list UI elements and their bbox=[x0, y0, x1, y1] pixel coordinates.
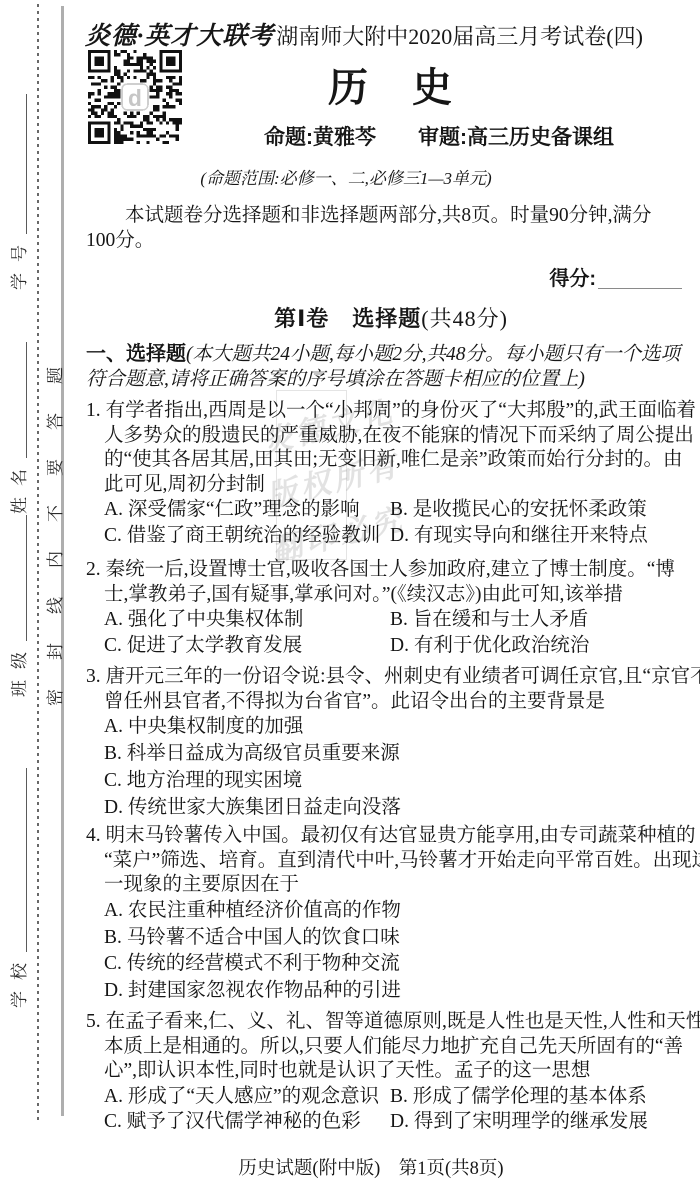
intro-line-1: 本试题卷分选择题和非选择题两部分,共8页。时量90分钟,满分 bbox=[86, 203, 698, 228]
option-d: D. 封建国家忽视农作物品种的引进 bbox=[104, 978, 700, 1005]
exam-paper-page: 学号 姓名 班级 学校 密封线内不要答题 炎德文化 版权所有 翻印必究 炎德·英… bbox=[0, 0, 700, 1190]
question-5: 5.在孟子看来,仁、义、礼、智等道德原则,既是人性也是天性,人性和天性在 本质上… bbox=[86, 1010, 700, 1135]
option-c: C. 赋予了汉代儒学神秘的色彩 bbox=[104, 1109, 390, 1134]
question-3: 3.唐开元三年的一份诏令说:县令、州刺史有业绩者可调任京官,且“京官不 曾任州县… bbox=[86, 665, 700, 821]
class-label: 班级 bbox=[5, 641, 30, 697]
instructions-line-2: 符合题意,请将正确答案的序号填涂在答题卡相应的位置上) bbox=[86, 367, 700, 392]
option-a: A. 农民注重种植经济价值高的作物 bbox=[104, 898, 700, 925]
score-label: 得分: bbox=[549, 268, 596, 290]
class-field: 班级 bbox=[5, 515, 30, 697]
question-text: 在孟子看来,仁、义、礼、智等道德原则,既是人性也是天性,人性和天性在 bbox=[106, 1011, 700, 1032]
option-d: D. 传统世家大族集团日益走向没落 bbox=[104, 795, 700, 822]
question-line: “菜户”筛选、培育。直到清代中叶,马铃薯才开始走向平常百姓。出现这 bbox=[104, 849, 700, 874]
question-text: 有学者指出,西周是以一个“小邦周”的身份灭了“大邦殷”的,武王面临着 bbox=[106, 400, 696, 421]
brand-name: 炎德·英才大联考 bbox=[85, 23, 274, 50]
school-field: 学校 bbox=[5, 768, 30, 1008]
intro-paragraph: 本试题卷分选择题和非选择题两部分,共8页。时量90分钟,满分 100分。 bbox=[86, 203, 698, 253]
question-line: 人多势众的殷遗民的严重威胁,在夜不能寐的情况下而采纳了周公提出 bbox=[104, 424, 700, 449]
name-label: 姓名 bbox=[5, 458, 30, 514]
question-number: 5. bbox=[86, 1011, 101, 1032]
exam-session-title: 湖南师大附中2020届高三月考试卷(四) bbox=[276, 24, 643, 49]
options-row: C. 借鉴了商王朝统治的经验教训D. 有现实导向和继往开来特点 bbox=[104, 523, 700, 548]
question-line: 心”,即认识本性,同时也就是认识了天性。孟子的这一思想 bbox=[104, 1059, 700, 1084]
paper-title: 历 史 bbox=[86, 56, 696, 113]
instructions-line-1: 一、选择题(本大题共24小题,每小题2分,共48分。每小题只有一个选项 bbox=[86, 342, 700, 367]
page-footer: 历史试题(附中版) 第1页(共8页) bbox=[86, 1154, 656, 1180]
score-blank-line bbox=[598, 272, 682, 289]
option-d: D. 有现实导向和继往开来特点 bbox=[390, 523, 648, 548]
question-line: 此可见,周初分封制 bbox=[104, 473, 700, 498]
option-d: D. 得到了宋明理学的继承发展 bbox=[390, 1109, 648, 1134]
question-line: 本质上是相通的。所以,只要人们能尽力地扩充自己先天所固有的“善 bbox=[104, 1035, 700, 1060]
question-text: 秦统一后,设置博士官,吸收各国士人参加政府,建立了博士制度。“博 bbox=[106, 559, 675, 580]
option-c: C. 借鉴了商王朝统治的经验教训 bbox=[104, 523, 390, 548]
name-field: 姓名 bbox=[5, 342, 30, 514]
seal-dotted-line bbox=[37, 4, 39, 1120]
option-c: C. 传统的经营模式不利于物种交流 bbox=[104, 951, 700, 978]
score-row: 得分: bbox=[400, 262, 682, 291]
setters-line: 命题:黄雅芩 审题:高三历史备课组 bbox=[185, 121, 693, 151]
question-text: 唐开元三年的一份诏令说:县令、州刺史有业绩者可调任京官,且“京官不 bbox=[106, 666, 700, 687]
options-row: C. 赋予了汉代儒学神秘的色彩D. 得到了宋明理学的继承发展 bbox=[104, 1109, 700, 1134]
option-a: A. 形成了“天人感应”的观念意识 bbox=[104, 1084, 390, 1109]
school-blank-line bbox=[24, 768, 27, 952]
question-2: 2.秦统一后,设置博士官,吸收各国士人参加政府,建立了博士制度。“博 士,掌教弟… bbox=[86, 558, 700, 658]
option-b: B. 形成了儒学伦理的基本体系 bbox=[390, 1084, 647, 1109]
section-1-heading: 第Ⅰ卷 选择题(共48分) bbox=[86, 302, 696, 333]
option-b: B. 是收揽民心的安抚怀柔政策 bbox=[390, 497, 647, 522]
option-c: C. 地方治理的现实困境 bbox=[104, 768, 700, 795]
student-id-label: 学号 bbox=[5, 234, 30, 290]
school-label: 学校 bbox=[5, 952, 30, 1008]
option-b: B. 科举日益成为高级官员重要来源 bbox=[104, 741, 700, 768]
options-row: A. 强化了中央集权体制B. 旨在缓和与士人矛盾 bbox=[104, 607, 700, 632]
multiple-choice-label: 一、选择题 bbox=[86, 343, 186, 365]
question-4: 4.明末马铃薯传入中国。最初仅有达官显贵方能享用,由专司蔬菜种植的 “菜户”筛选… bbox=[86, 824, 700, 1005]
option-a: A. 深受儒家“仁政”理念的影响 bbox=[104, 497, 390, 522]
student-id-field: 学号 bbox=[5, 94, 30, 290]
class-blank-line bbox=[24, 515, 27, 641]
section-1-heading-main: 第Ⅰ卷 选择题 bbox=[274, 306, 421, 331]
seal-line-text: 密封线内不要答题 bbox=[41, 338, 66, 706]
question-line: 的“使其各居其居,田其田;无变旧新,唯仁是亲”政策而始行分封的。由 bbox=[104, 448, 700, 473]
name-blank-line bbox=[24, 342, 27, 458]
question-line: 4.明末马铃薯传入中国。最初仅有达官显贵方能享用,由专司蔬菜种植的 bbox=[104, 824, 700, 849]
option-a: A. 强化了中央集权体制 bbox=[104, 607, 390, 632]
scope-line: (命题范围:必修一、二,必修三1—3单元) bbox=[86, 164, 606, 189]
options-row: A. 深受儒家“仁政”理念的影响B. 是收揽民心的安抚怀柔政策 bbox=[104, 497, 700, 522]
question-line: 曾任州县官者,不得拟为台省官”。此诏令出台的主要背景是 bbox=[104, 690, 700, 715]
question-number: 4. bbox=[86, 825, 101, 846]
question-line: 2.秦统一后,设置博士官,吸收各国士人参加政府,建立了博士制度。“博 bbox=[104, 558, 700, 583]
options-row: C. 促进了太学教育发展D. 有利于优化政治统治 bbox=[104, 633, 700, 658]
question-line: 1.有学者指出,西周是以一个“小邦周”的身份灭了“大邦殷”的,武王面临着 bbox=[104, 399, 700, 424]
option-b: B. 马铃薯不适合中国人的饮食口味 bbox=[104, 925, 700, 952]
section-1-heading-points: (共48分) bbox=[421, 306, 508, 331]
question-number: 3. bbox=[86, 666, 101, 687]
instructions-text: (本大题共24小题,每小题2分,共48分。每小题只有一个选项 bbox=[186, 344, 680, 365]
options-row: A. 形成了“天人感应”的观念意识B. 形成了儒学伦理的基本体系 bbox=[104, 1084, 700, 1109]
question-number: 1. bbox=[86, 400, 101, 421]
student-id-blank-line bbox=[24, 94, 27, 234]
intro-line-2: 100分。 bbox=[86, 228, 698, 253]
question-line: 士,掌教弟子,国有疑事,掌承问对。”(《续汉志》)由此可知,该举措 bbox=[104, 583, 700, 608]
option-d: D. 有利于优化政治统治 bbox=[390, 633, 589, 658]
question-1: 1.有学者指出,西周是以一个“小邦周”的身份灭了“大邦殷”的,武王面临着 人多势… bbox=[86, 399, 700, 548]
question-line: 一现象的主要原因在于 bbox=[104, 873, 700, 898]
header-line: 炎德·英才大联考湖南师大附中2020届高三月考试卷(四) bbox=[85, 16, 643, 52]
question-line: 3.唐开元三年的一份诏令说:县令、州刺史有业绩者可调任京官,且“京官不 bbox=[104, 665, 700, 690]
question-number: 2. bbox=[86, 559, 101, 580]
option-c: C. 促进了太学教育发展 bbox=[104, 633, 390, 658]
question-line: 5.在孟子看来,仁、义、礼、智等道德原则,既是人性也是天性,人性和天性在 bbox=[104, 1010, 700, 1035]
option-b: B. 旨在缓和与士人矛盾 bbox=[390, 607, 588, 632]
question-text: 明末马铃薯传入中国。最初仅有达官显贵方能享用,由专司蔬菜种植的 bbox=[106, 825, 696, 846]
section-1-instructions: 一、选择题(本大题共24小题,每小题2分,共48分。每小题只有一个选项 符合题意… bbox=[86, 342, 700, 392]
option-a: A. 中央集权制度的加强 bbox=[104, 714, 700, 741]
